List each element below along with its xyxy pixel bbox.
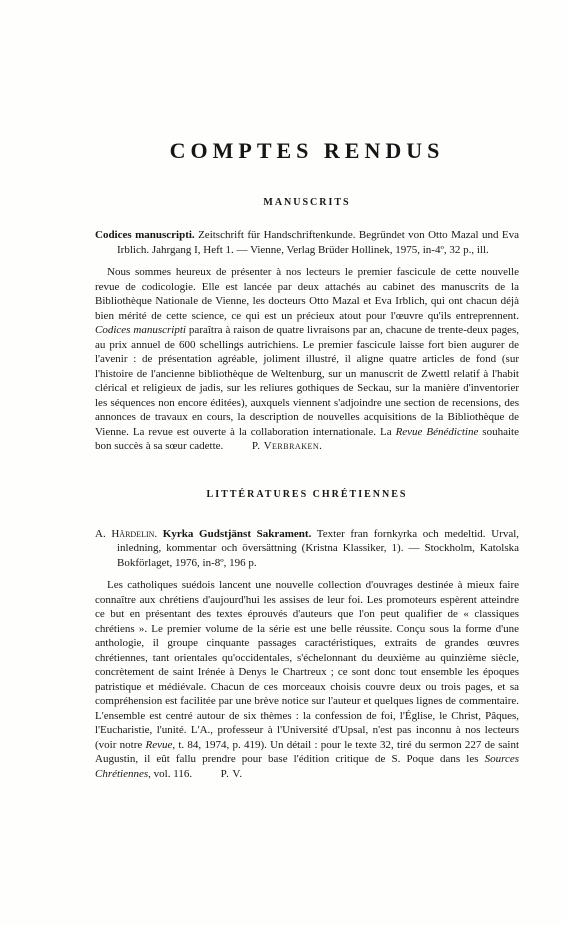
text-segment-italic: Revue Bénédictine	[396, 426, 479, 438]
text-segment-italic: Codices manuscripti	[95, 324, 186, 336]
text-segment-normal: Nous sommes heureux de présenter à nos l…	[95, 266, 519, 322]
section-heading-manuscrits: MANUSCRITS	[95, 196, 519, 209]
section-heading-litteratures-chretiennes: LITTÉRATURES CHRÉTIENNES	[95, 488, 519, 501]
entry-reference-codices-manuscripti: Codices manuscripti. Zeitschrift für Han…	[95, 228, 519, 257]
reviewer-signature: P. Verbraken.	[252, 440, 323, 452]
review-body-codices-manuscripti: Nous sommes heureux de présenter à nos l…	[95, 265, 519, 454]
text-segment-bold: Kyrka Gudstjänst Sakrament.	[157, 528, 311, 540]
text-segment-normal: Les catholiques suédois lancent une nouv…	[95, 579, 519, 751]
entry-reference-hardelin: A. Härdelin. Kyrka Gudstjänst Sakrament.…	[95, 527, 519, 571]
text-segment-normal: , vol. 116.	[148, 768, 192, 780]
review-text: Les catholiques suédois lancent une nouv…	[95, 579, 519, 780]
text-segment-normal: paraîtra à raison de quatre livraisons p…	[95, 324, 519, 438]
review-body-hardelin: Les catholiques suédois lancent une nouv…	[95, 578, 519, 781]
text-segment-italic: Revue	[146, 739, 173, 751]
page-title: COMPTES RENDUS	[95, 140, 519, 162]
journal-page: COMPTES RENDUS MANUSCRITS Codices manusc…	[0, 0, 566, 925]
text-segment-bold: Codices manuscripti.	[95, 229, 195, 241]
review-text: Nous sommes heureux de présenter à nos l…	[95, 266, 519, 452]
text-segment-smallcaps: A. Härdelin.	[95, 528, 157, 540]
reviewer-signature: P. V.	[221, 768, 243, 780]
